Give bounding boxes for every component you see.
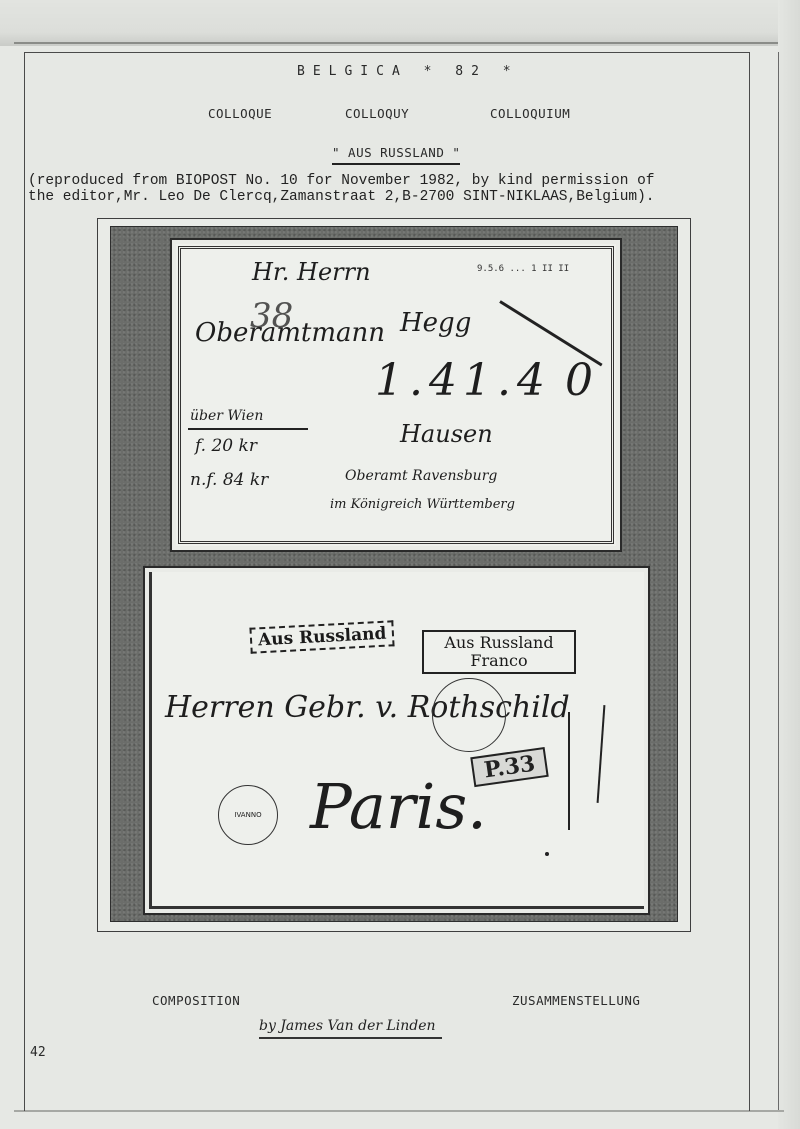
language-label-german: COLLOQUIUM [490, 106, 570, 121]
language-label-english: COLLOQUY [345, 106, 409, 121]
postal-cover-bottom [143, 566, 650, 915]
credit-line-2: the editor,Mr. Leo De Clercq,Zamanstraat… [28, 189, 655, 205]
language-label-french: COLLOQUE [208, 106, 272, 121]
cover-top-address-3: Hegg [400, 308, 471, 338]
cover-top-note-rule [188, 428, 308, 430]
cover-bottom-addressee: Herren Gebr. v. Rothschild [165, 690, 570, 725]
cover-bottom-period [545, 852, 549, 856]
cover-top-address-6: im Königreich Württemberg [330, 497, 515, 512]
scan-top-edge [0, 0, 800, 46]
cover-top-rate-large: 1.41.4 [375, 355, 551, 406]
cover-top-address-4: Hausen [400, 420, 493, 448]
credit-line-1: (reproduced from BIOPOST No. 10 for Nove… [28, 173, 655, 189]
circular-postmark: IVANNO [218, 785, 278, 845]
cover-top-address-1: Hr. Herrn [252, 258, 371, 286]
article-title: " AUS RUSSLAND " [332, 145, 460, 165]
page-number: 42 [30, 1045, 46, 1060]
composition-label: COMPOSITION [152, 993, 240, 1008]
cover-top-postmark-text: 9.5.6 ... 1 II II [477, 264, 569, 274]
outer-right-rule [778, 52, 779, 1112]
author-byline: by James Van der Linden [259, 1018, 442, 1039]
cover-top-rate-zero: 0 [565, 355, 593, 406]
aus-russland-franco-stamp: Aus Russland Franco [422, 630, 576, 674]
scan-top-rule [14, 42, 784, 44]
cover-top-rate-marking: 38 [250, 296, 293, 336]
transit-postmark [432, 678, 506, 752]
zusammenstellung-label: ZUSAMMENSTELLUNG [512, 993, 640, 1008]
cover-bottom-vertical-mark-1 [568, 712, 570, 830]
page-title: BELGICA * 82 * [297, 64, 519, 79]
scan-right-edge [778, 0, 800, 1129]
cover-top-note-3: n.f. 84 kr [190, 470, 268, 490]
cover-bottom-city: Paris. [310, 770, 487, 843]
cover-top-note-2: f. 20 kr [195, 436, 257, 456]
cover-top-note-1: über Wien [190, 408, 263, 424]
cover-top-address-5: Oberamt Ravensburg [345, 468, 497, 484]
